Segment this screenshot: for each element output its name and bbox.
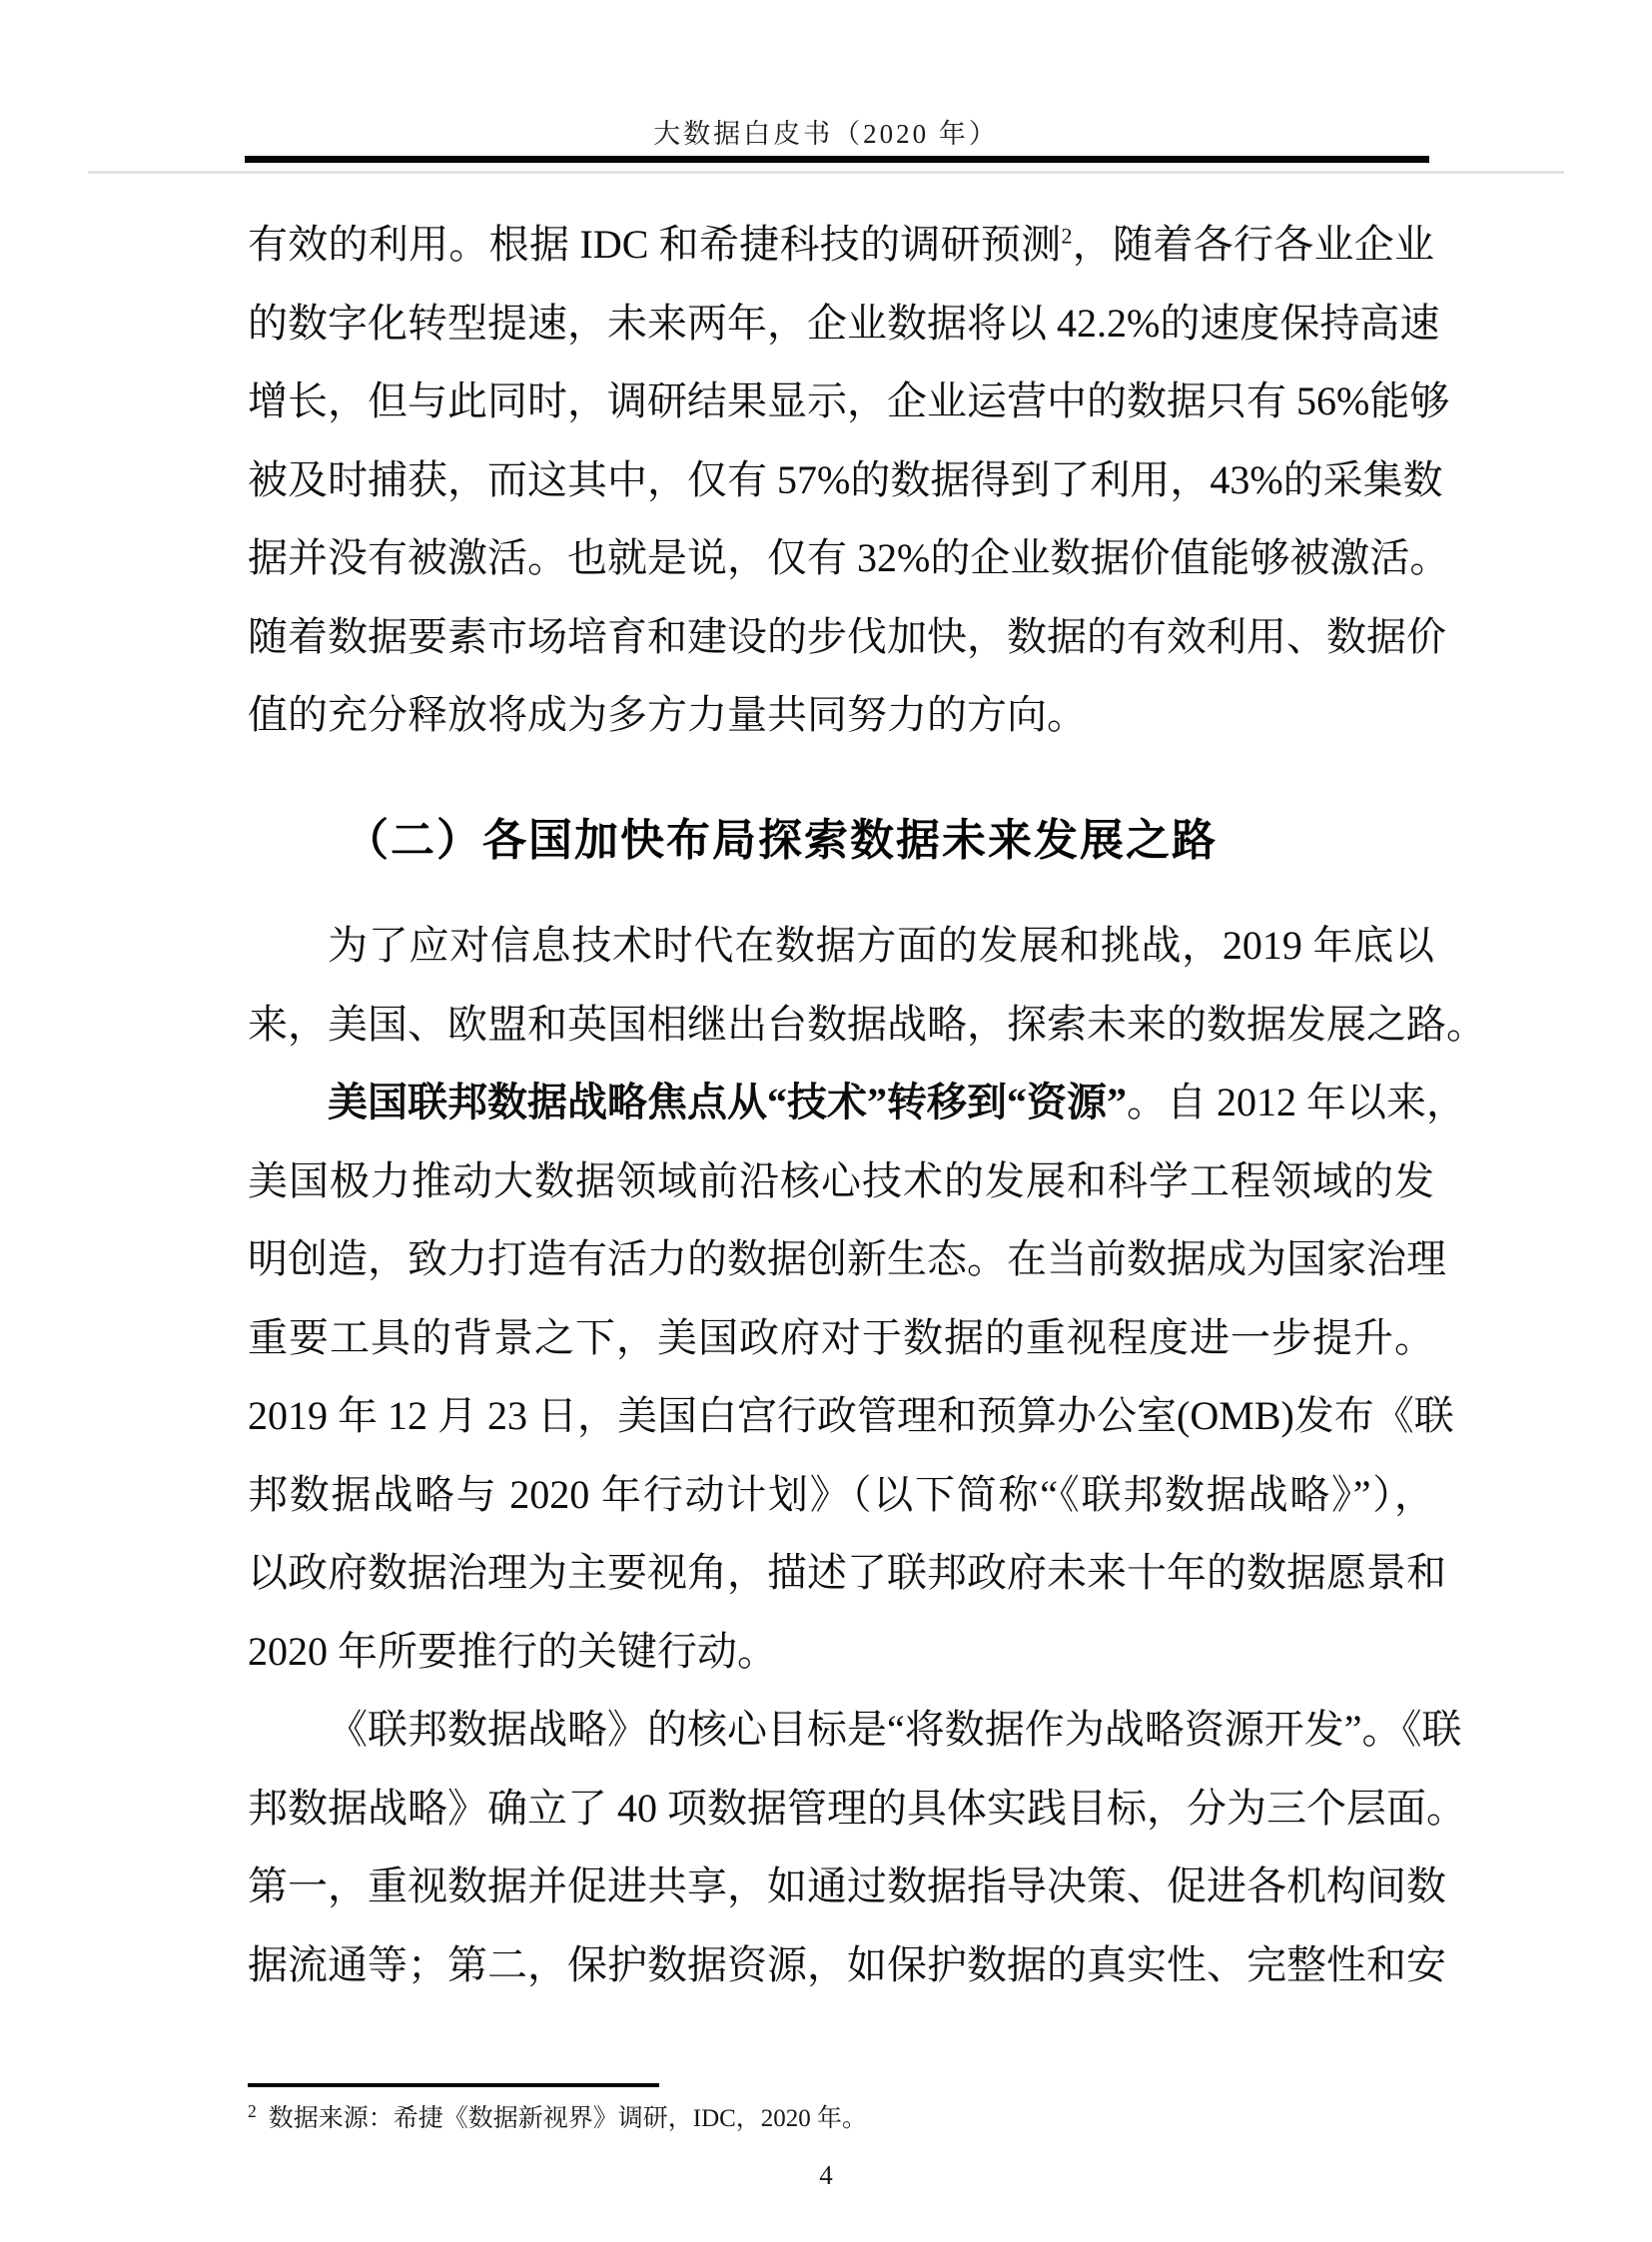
text-segment: 。自 2012 年以来，: [1127, 1080, 1466, 1124]
text-line: 美国联邦数据战略焦点从“技术”转移到“资源”。自 2012 年以来，: [248, 1064, 1434, 1142]
text-segment: 随着数据要素市场培育和建设的步伐加快，数据的有效利用、数据价: [248, 614, 1446, 659]
text-line: 邦数据战略与 2020 年行动计划》（以下简称“《联邦数据战略》”），: [248, 1456, 1434, 1535]
paragraph-strategy-intro: 为了应对信息技术时代在数据方面的发展和挑战，2019 年底以来，美国、欧盟和英国…: [248, 907, 1434, 1064]
footnote: 2数据来源：希捷《数据新视界》调研，IDC，2020 年。: [248, 2099, 1434, 2139]
text-line: 2019 年 12 月 23 日，美国白宫行政管理和预算办公室(OMB)发布《联: [248, 1377, 1434, 1456]
text-segment: 2019 年 12 月 23 日，美国白宫行政管理和预算办公室(OMB)发布《联: [248, 1393, 1454, 1438]
text-segment: 为了应对信息技术时代在数据方面的发展和挑战，2019 年底以: [328, 923, 1434, 968]
text-line: 的数字化转型提速，未来两年，企业数据将以 42.2%的速度保持高速: [248, 285, 1434, 364]
paragraph-strategy-goals: 《联邦数据战略》的核心目标是“将数据作为战略资源开发”。《联邦数据战略》确立了 …: [248, 1691, 1434, 2004]
text-segment: 邦数据战略与 2020 年行动计划》（以下简称“《联邦数据战略》”），: [248, 1472, 1434, 1517]
footnote-marker: 2: [248, 2101, 257, 2121]
text-line: 据并没有被激活。也就是说，仅有 32%的企业数据价值能够被激活。: [248, 519, 1434, 598]
document-page: 大数据白皮书（2020 年） 有效的利用。根据 IDC 和希捷科技的调研预测2，…: [0, 0, 1652, 2242]
text-line: 《联邦数据战略》的核心目标是“将数据作为战略资源开发”。《联: [248, 1691, 1434, 1770]
text-segment: 被及时捕获，而这其中，仅有 57%的数据得到了利用，43%的采集数: [248, 457, 1443, 502]
text-segment: 值的充分释放将成为多方力量共同努力的方向。: [248, 692, 1087, 737]
page-header-title: 大数据白皮书（2020 年）: [0, 112, 1652, 151]
text-segment: 据流通等；第二，保护数据资源，如保护数据的真实性、完整性和安: [248, 1942, 1446, 1987]
text-segment: 增长，但与此同时，调研结果显示，企业运营中的数据只有 56%能够: [248, 378, 1449, 423]
text-line: 值的充分释放将成为多方力量共同努力的方向。: [248, 676, 1434, 755]
text-segment: 重要工具的背景之下，美国政府对于数据的重视程度进一步提升。: [248, 1315, 1434, 1360]
text-segment: 明创造，致力打造有活力的数据创新生态。在当前数据成为国家治理: [248, 1236, 1446, 1281]
main-text-block: 为了应对信息技术时代在数据方面的发展和挑战，2019 年底以来，美国、欧盟和英国…: [248, 907, 1434, 2004]
text-segment: 有效的利用。根据 IDC 和希捷科技的调研预测: [248, 222, 1061, 267]
text-line: 美国极力推动大数据领域前沿核心技术的发展和科学工程领域的发: [248, 1142, 1434, 1221]
header-rule: [245, 156, 1429, 163]
text-line: 随着数据要素市场培育和建设的步伐加快，数据的有效利用、数据价: [248, 598, 1434, 677]
text-segment: 邦数据战略》确立了 40 项数据管理的具体实践目标，分为三个层面。: [248, 1786, 1466, 1831]
section-heading: （二）各国加快布局探索数据未来发展之路: [345, 799, 1218, 883]
footnote-text: 数据来源：希捷《数据新视界》调研，IDC，2020 年。: [269, 2105, 867, 2132]
text-line: 邦数据战略》确立了 40 项数据管理的具体实践目标，分为三个层面。: [248, 1770, 1434, 1849]
text-segment: ，随着各行各业企业: [1072, 222, 1434, 267]
text-line: 有效的利用。根据 IDC 和希捷科技的调研预测2，随着各行各业企业: [248, 206, 1434, 285]
text-line: 据流通等；第二，保护数据资源，如保护数据的真实性、完整性和安: [248, 1926, 1434, 2005]
header-rule-shadow: [88, 171, 1564, 174]
text-line: 来，美国、欧盟和英国相继出台数据战略，探索未来的数据发展之路。: [248, 986, 1434, 1065]
text-line: 明创造，致力打造有活力的数据创新生态。在当前数据成为国家治理: [248, 1220, 1434, 1299]
text-line: 重要工具的背景之下，美国政府对于数据的重视程度进一步提升。: [248, 1299, 1434, 1378]
text-segment: 据并没有被激活。也就是说，仅有 32%的企业数据价值能够被激活。: [248, 535, 1449, 580]
text-segment: 美国极力推动大数据领域前沿核心技术的发展和科学工程领域的发: [248, 1158, 1434, 1203]
text-line: 被及时捕获，而这其中，仅有 57%的数据得到了利用，43%的采集数: [248, 441, 1434, 520]
text-line: 第一，重视数据并促进共享，如通过数据指导决策、促进各机构间数: [248, 1848, 1434, 1926]
text-segment: 《联邦数据战略》的核心目标是“将数据作为战略资源开发”。《联: [328, 1707, 1462, 1752]
superscript-ref: 2: [1061, 224, 1072, 249]
page-number: 4: [0, 2160, 1652, 2191]
text-segment: 的数字化转型提速，未来两年，企业数据将以 42.2%的速度保持高速: [248, 301, 1439, 346]
text-segment: 以政府数据治理为主要视角，描述了联邦政府未来十年的数据愿景和: [248, 1550, 1446, 1595]
paragraph-intro-continuation: 有效的利用。根据 IDC 和希捷科技的调研预测2，随着各行各业企业的数字化转型提…: [248, 206, 1434, 755]
text-segment: 来，美国、欧盟和英国相继出台数据战略，探索未来的数据发展之路。: [248, 1002, 1486, 1047]
text-line: 2020 年所要推行的关键行动。: [248, 1613, 1434, 1692]
footnote-separator: [248, 2083, 659, 2087]
text-line: 为了应对信息技术时代在数据方面的发展和挑战，2019 年底以: [248, 907, 1434, 986]
text-segment: 第一，重视数据并促进共享，如通过数据指导决策、促进各机构间数: [248, 1864, 1446, 1908]
text-line: 以政府数据治理为主要视角，描述了联邦政府未来十年的数据愿景和: [248, 1534, 1434, 1613]
text-segment: 2020 年所要推行的关键行动。: [248, 1629, 777, 1674]
bold-text-segment: 美国联邦数据战略焦点从“技术”转移到“资源”: [328, 1080, 1127, 1124]
paragraph-us-federal-strategy: 美国联邦数据战略焦点从“技术”转移到“资源”。自 2012 年以来，美国极力推动…: [248, 1064, 1434, 1691]
text-line: 增长，但与此同时，调研结果显示，企业运营中的数据只有 56%能够: [248, 363, 1434, 441]
